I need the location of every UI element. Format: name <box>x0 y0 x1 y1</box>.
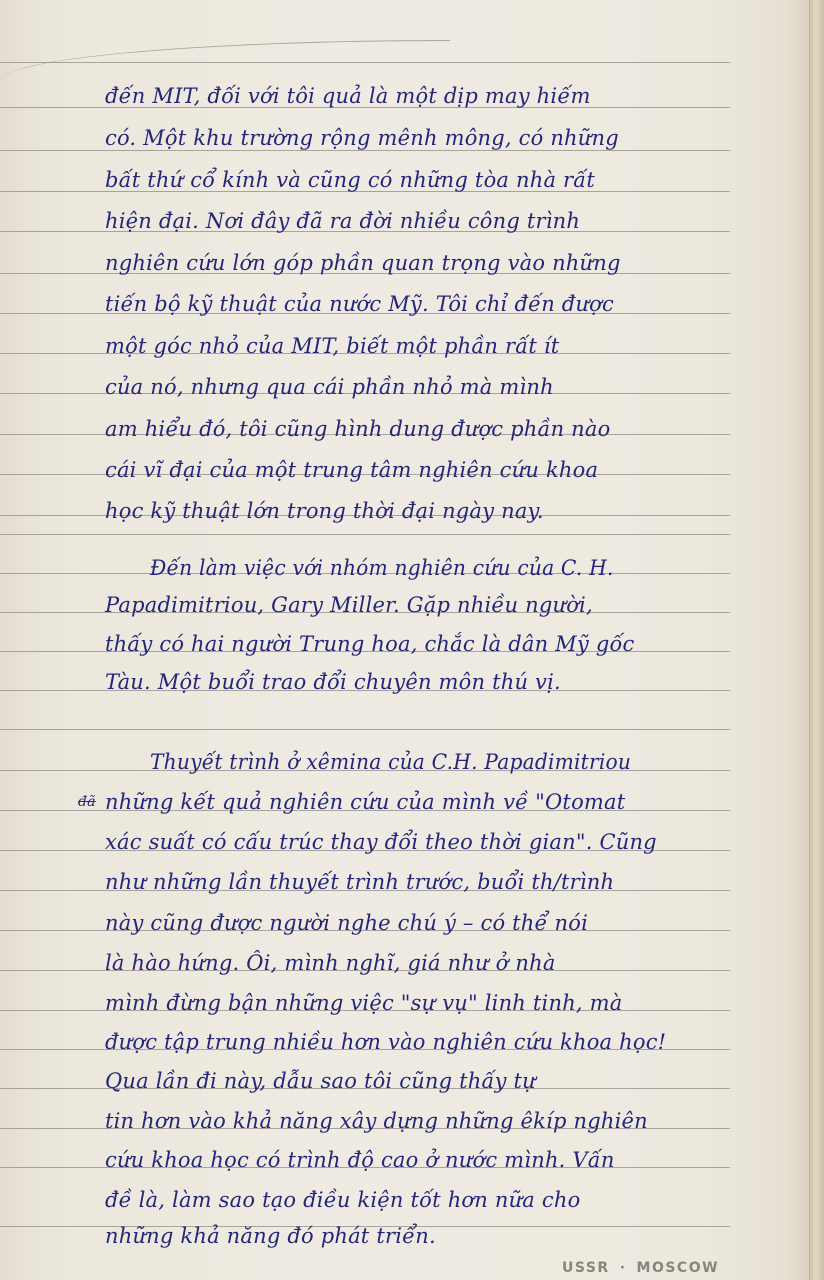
text-line: cứu khoa học có trình độ cao ở nước mình… <box>105 1140 785 1180</box>
page-curl-line <box>0 40 450 81</box>
text-line: đề là, làm sao tạo điều kiện tốt hơn nữa… <box>105 1180 785 1220</box>
text-line: là hào hứng. Ôi, mình nghĩ, giá như ở nh… <box>105 943 785 983</box>
text-line: bất thứ cổ kính và cũng có những tòa nhà… <box>105 160 785 200</box>
text-line: này cũng được người nghe chú ý – có thể … <box>105 903 785 943</box>
text-line: thấy có hai người Trung hoa, chắc là dân… <box>105 624 785 664</box>
notebook-page-edge <box>809 0 824 1280</box>
text-line: cái vĩ đại của một trung tâm nghiên cứu … <box>105 450 785 490</box>
ruled-line <box>0 729 730 730</box>
struck-out-word: đã <box>78 782 108 822</box>
ruled-line <box>0 534 730 535</box>
imprint-city: MOSCOW <box>637 1260 720 1276</box>
text-line: của nó, nhưng qua cái phần nhỏ mà mình <box>105 367 785 407</box>
text-line: xác suất có cấu trúc thay đổi theo thời … <box>105 822 785 862</box>
text-line: có. Một khu trường rộng mênh mông, có nh… <box>105 118 785 158</box>
text-line: mình đừng bận những việc "sự vụ" linh ti… <box>105 983 785 1023</box>
text-line: nghiên cứu lớn góp phần quan trọng vào n… <box>105 243 785 283</box>
text-line: như những lần thuyết trình trước, buổi t… <box>105 862 785 902</box>
text-line: một góc nhỏ của MIT, biết một phần rất í… <box>105 326 785 366</box>
text-line: Thuyết trình ở xêmina của C.H. Papadimit… <box>150 742 805 782</box>
text-line: Tàu. Một buổi trao đổi chuyên môn thú vị… <box>105 662 785 702</box>
text-line: am hiểu đó, tôi cũng hình dung được phần… <box>105 409 785 449</box>
imprint-country: USSR <box>562 1260 610 1276</box>
imprint-separator: · <box>620 1260 627 1276</box>
text-line: đến MIT, đối với tôi quả là một dịp may … <box>105 76 785 116</box>
text-line: tin hơn vào khả năng xây dựng những êkíp… <box>105 1101 785 1141</box>
notebook-imprint: USSR·MOSCOW <box>562 1260 719 1276</box>
text-line: Đến làm việc với nhóm nghiên cứu của C. … <box>150 548 805 588</box>
text-line: Papadimitriou, Gary Miller. Gặp nhiều ng… <box>105 585 785 625</box>
notebook-page: đến MIT, đối với tôi quả là một dịp may … <box>0 0 812 1280</box>
text-line: Qua lần đi này, dẫu sao tôi cũng thấy tự <box>105 1061 785 1101</box>
text-line: học kỹ thuật lớn trong thời đại ngày nay… <box>105 491 785 531</box>
ruled-line <box>0 62 730 63</box>
text-line: những kết quả nghiên cứu của mình về "Ot… <box>105 782 785 822</box>
text-line: hiện đại. Nơi đây đã ra đời nhiều công t… <box>105 201 785 241</box>
text-line: những khả năng đó phát triển. <box>105 1216 785 1256</box>
text-line: tiến bộ kỹ thuật của nước Mỹ. Tôi chỉ đế… <box>105 284 785 324</box>
text-line: được tập trung nhiều hơn vào nghiên cứu … <box>105 1022 785 1062</box>
